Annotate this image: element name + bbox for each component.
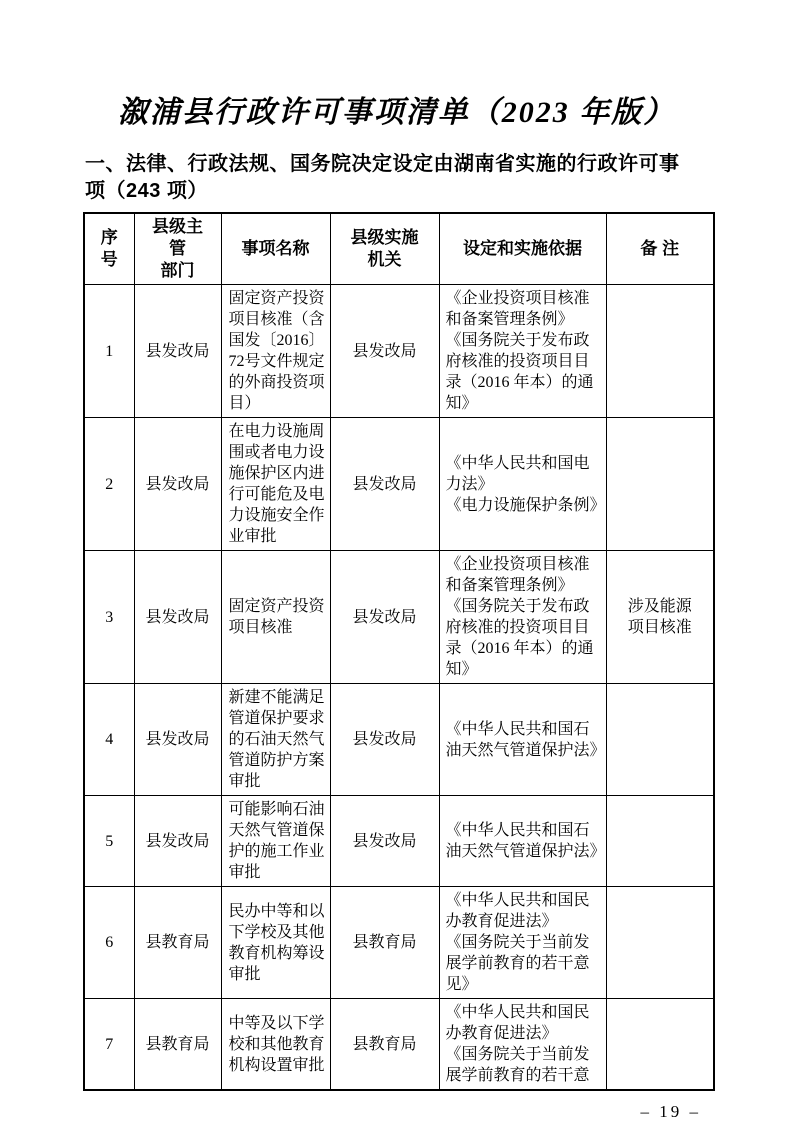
cell-remark — [606, 999, 714, 1091]
cell-basis: 《中华人民共和国石油天然气管道保护法》 — [439, 684, 606, 796]
cell-basis: 《中华人民共和国电力法》《电力设施保护条例》 — [439, 418, 606, 551]
cell-item: 中等及以下学校和其他教育机构设置审批 — [221, 999, 330, 1091]
table-row: 3 县发改局 固定资产投资项目核准 县发改局 《企业投资项目核准和备案管理条例》… — [84, 551, 714, 684]
document-page: 溆浦县行政许可事项清单（2023 年版） 一、法律、行政法规、国务院决定设定由湖… — [0, 0, 793, 1122]
cell-remark: 涉及能源项目核准 — [606, 551, 714, 684]
cell-remark — [606, 418, 714, 551]
cell-dept: 县发改局 — [134, 285, 221, 418]
col-header-item: 事项名称 — [221, 213, 330, 285]
license-items-table: 序 号 县级主 管 部门 事项名称 县级实施 机关 设定和实施依据 备 注 1 … — [83, 212, 715, 1091]
table-row: 1 县发改局 固定资产投资项目核准（含国发〔2016〕72号文件规定的外商投资项… — [84, 285, 714, 418]
cell-dept: 县发改局 — [134, 684, 221, 796]
table-row: 2 县发改局 在电力设施周围或者电力设施保护区内进行可能危及电力设施安全作业审批… — [84, 418, 714, 551]
cell-remark — [606, 796, 714, 887]
cell-agency: 县教育局 — [330, 999, 439, 1091]
cell-dept: 县教育局 — [134, 999, 221, 1091]
cell-index: 5 — [84, 796, 134, 887]
col-header-index: 序 号 — [84, 213, 134, 285]
cell-index: 2 — [84, 418, 134, 551]
cell-basis: 《企业投资项目核准和备案管理条例》《国务院关于发布政府核准的投资项目目录（201… — [439, 285, 606, 418]
col-header-remark: 备 注 — [606, 213, 714, 285]
cell-dept: 县教育局 — [134, 887, 221, 999]
cell-item: 在电力设施周围或者电力设施保护区内进行可能危及电力设施安全作业审批 — [221, 418, 330, 551]
table-row: 6 县教育局 民办中等和以下学校及其他教育机构筹设审批 县教育局 《中华人民共和… — [84, 887, 714, 999]
cell-agency: 县发改局 — [330, 796, 439, 887]
cell-agency: 县发改局 — [330, 418, 439, 551]
cell-item: 固定资产投资项目核准 — [221, 551, 330, 684]
cell-agency: 县发改局 — [330, 551, 439, 684]
table-header-row: 序 号 县级主 管 部门 事项名称 县级实施 机关 设定和实施依据 备 注 — [84, 213, 714, 285]
section-heading: 一、法律、行政法规、国务院决定设定由湖南省实施的行政许可事项（243 项） — [85, 151, 681, 205]
cell-index: 1 — [84, 285, 134, 418]
page-number: – 19 – — [0, 1102, 793, 1122]
cell-dept: 县发改局 — [134, 796, 221, 887]
cell-dept: 县发改局 — [134, 418, 221, 551]
cell-remark — [606, 684, 714, 796]
col-header-dept: 县级主 管 部门 — [134, 213, 221, 285]
cell-remark — [606, 887, 714, 999]
table-row: 5 县发改局 可能影响石油天然气管道保护的施工作业审批 县发改局 《中华人民共和… — [84, 796, 714, 887]
cell-item: 新建不能满足管道保护要求的石油天然气管道防护方案审批 — [221, 684, 330, 796]
cell-agency: 县发改局 — [330, 684, 439, 796]
cell-basis: 《中华人民共和国民办教育促进法》《国务院关于当前发展学前教育的若干意 — [439, 999, 606, 1091]
cell-index: 6 — [84, 887, 134, 999]
cell-item: 固定资产投资项目核准（含国发〔2016〕72号文件规定的外商投资项目） — [221, 285, 330, 418]
col-header-agency: 县级实施 机关 — [330, 213, 439, 285]
cell-index: 7 — [84, 999, 134, 1091]
cell-agency: 县教育局 — [330, 887, 439, 999]
cell-basis: 《中华人民共和国民办教育促进法》《国务院关于当前发展学前教育的若干意见》 — [439, 887, 606, 999]
document-title: 溆浦县行政许可事项清单（2023 年版） — [0, 92, 793, 134]
col-header-basis: 设定和实施依据 — [439, 213, 606, 285]
table-row: 4 县发改局 新建不能满足管道保护要求的石油天然气管道防护方案审批 县发改局 《… — [84, 684, 714, 796]
cell-index: 3 — [84, 551, 134, 684]
cell-dept: 县发改局 — [134, 551, 221, 684]
cell-basis: 《企业投资项目核准和备案管理条例》《国务院关于发布政府核准的投资项目目录（201… — [439, 551, 606, 684]
cell-agency: 县发改局 — [330, 285, 439, 418]
cell-item: 可能影响石油天然气管道保护的施工作业审批 — [221, 796, 330, 887]
cell-basis: 《中华人民共和国石油天然气管道保护法》 — [439, 796, 606, 887]
cell-index: 4 — [84, 684, 134, 796]
table-row: 7 县教育局 中等及以下学校和其他教育机构设置审批 县教育局 《中华人民共和国民… — [84, 999, 714, 1091]
cell-remark — [606, 285, 714, 418]
cell-item: 民办中等和以下学校及其他教育机构筹设审批 — [221, 887, 330, 999]
